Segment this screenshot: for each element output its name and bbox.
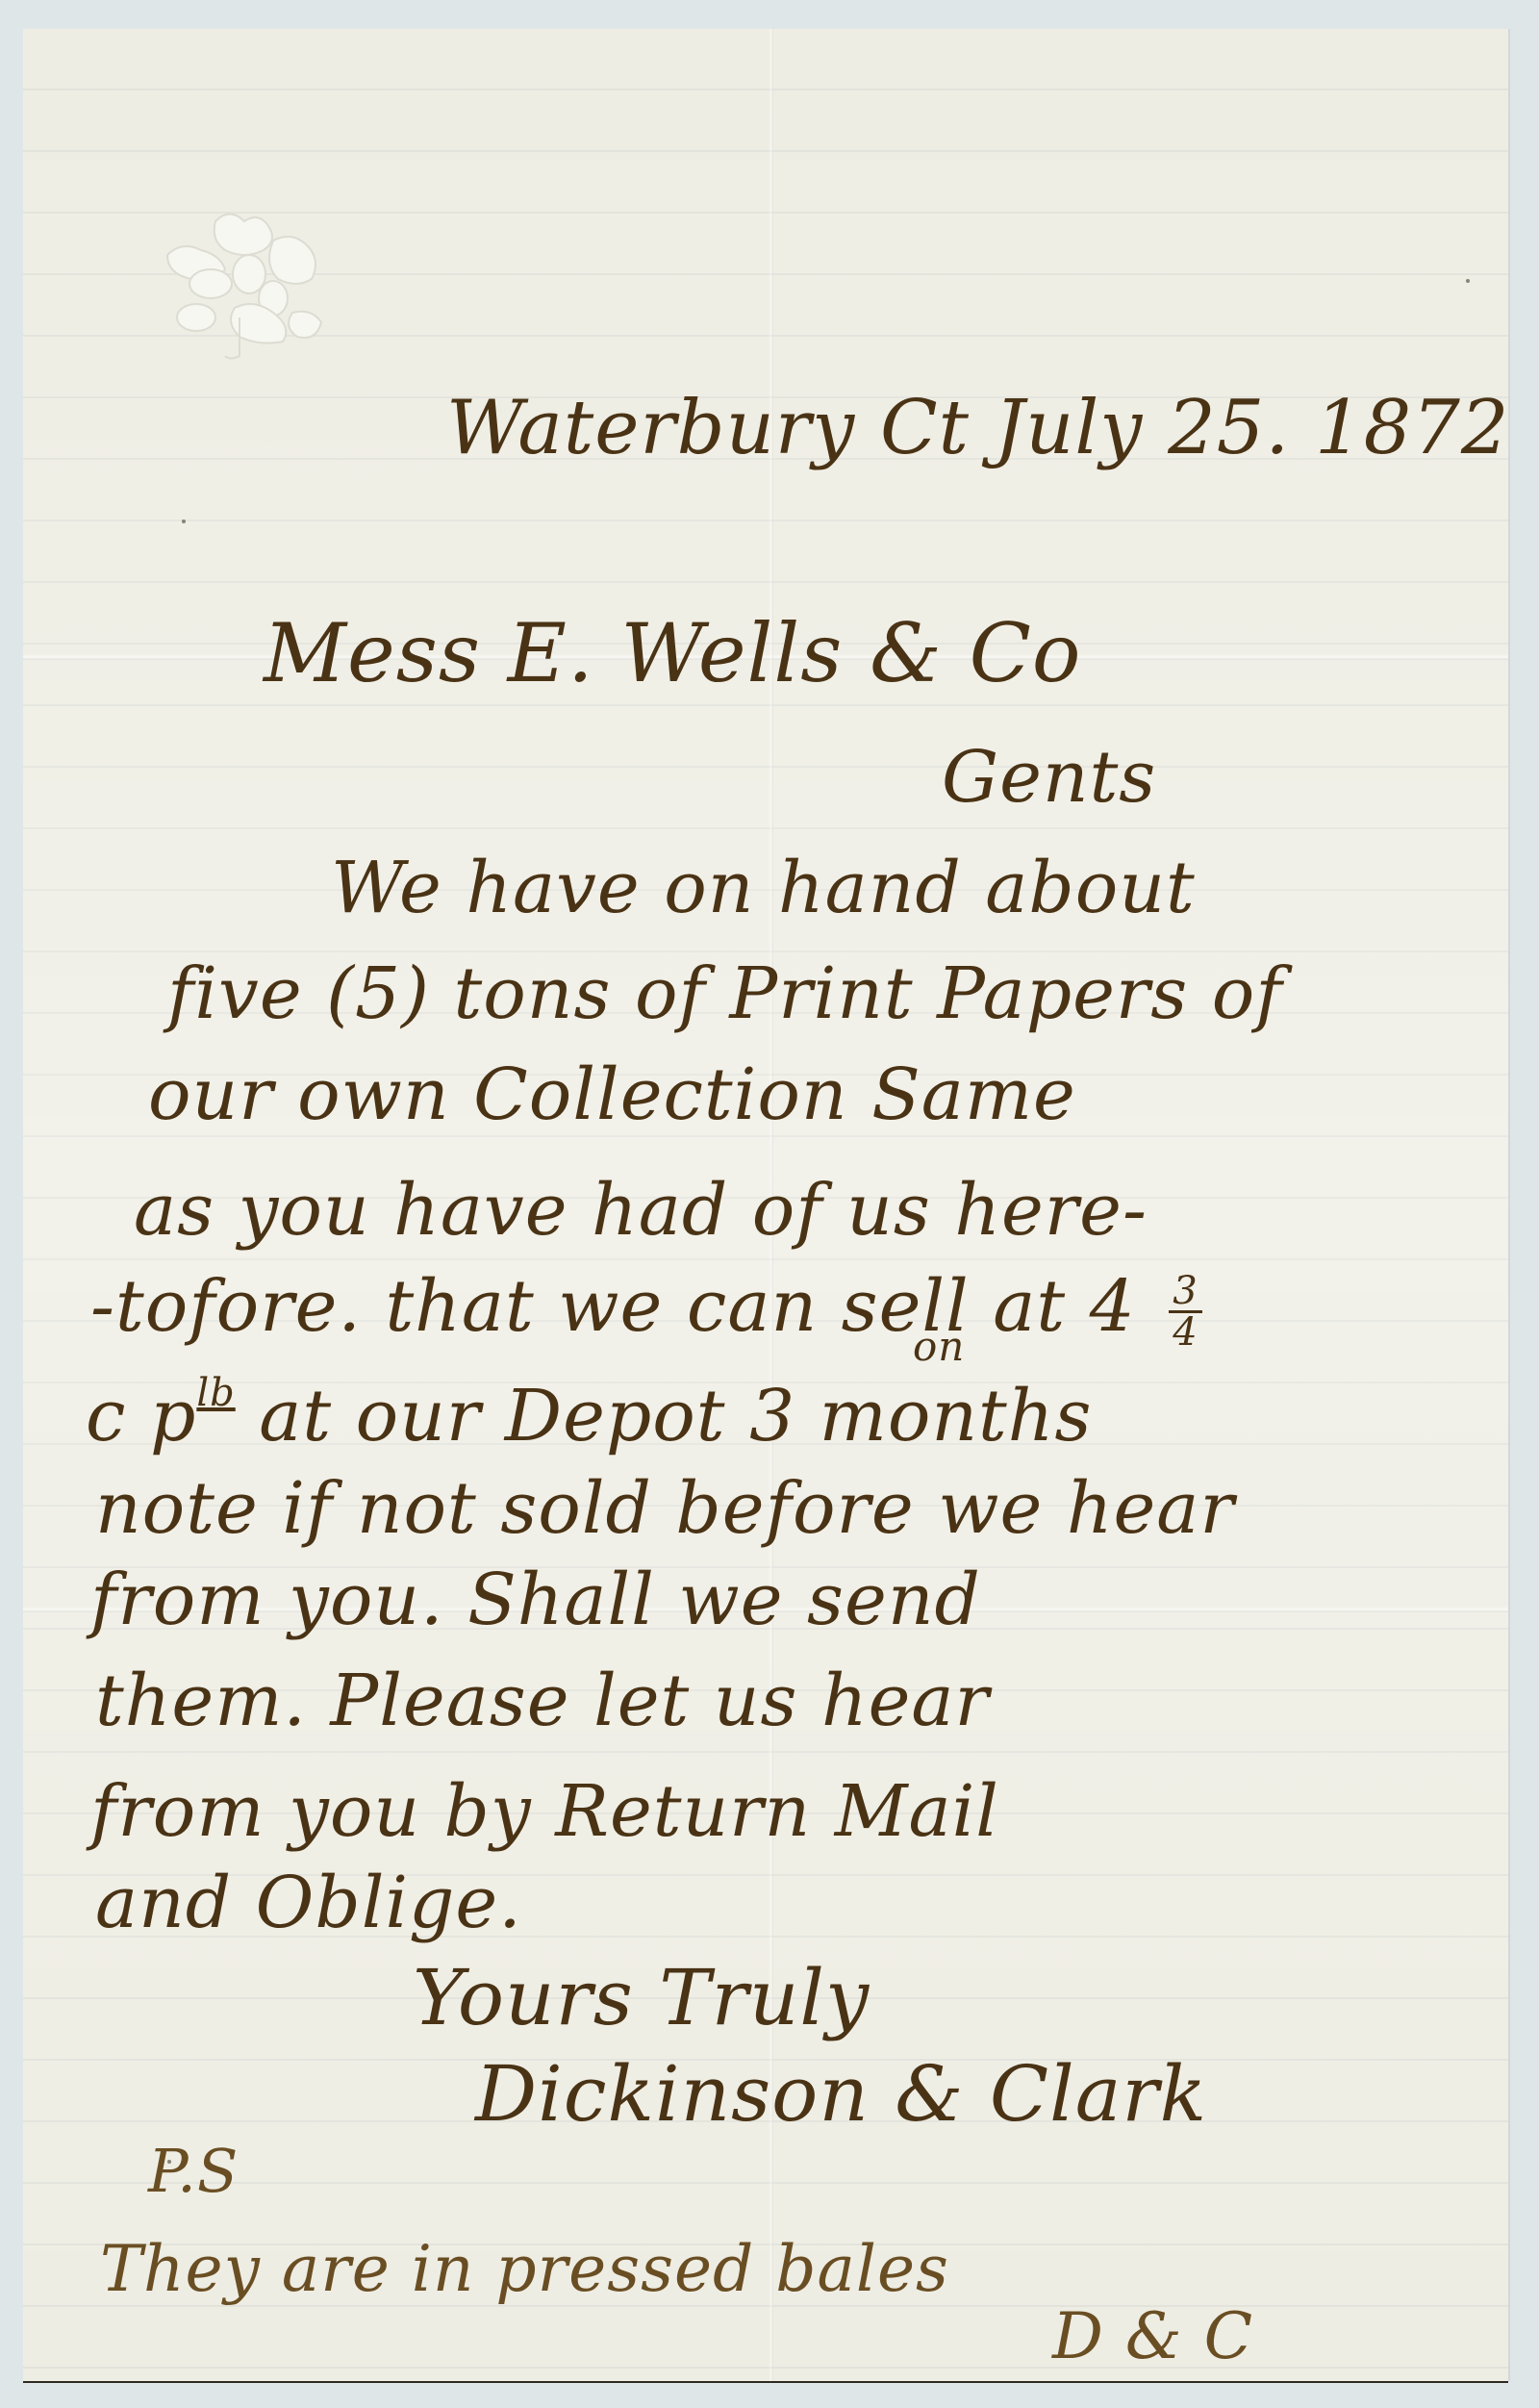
insertion-caret-text: on [913, 1323, 965, 1370]
letter-closing: Yours Truly [413, 1953, 870, 2042]
letter-signature: Dickinson & Clark [475, 2049, 1207, 2139]
body-line-suffix: 3 months [726, 1375, 1093, 1457]
fraction-denominator: 4 [1169, 1313, 1201, 1352]
letter-greeting: Gents [942, 736, 1156, 819]
body-line-text: -tofore. that we can sell at 4 [90, 1265, 1136, 1348]
per-pound-superscript: lb [196, 1371, 235, 1415]
letter-body-line: our own Collection Same [148, 1053, 1076, 1136]
letter-body-line: c plb at our Depot 3 months [86, 1371, 1092, 1457]
postscript-text: They are in pressed bales [100, 2232, 949, 2306]
letter-dateline: Waterbury Ct July 25. 1872 [446, 385, 1509, 471]
letter-body-line: from you. Shall we send [90, 1559, 981, 1641]
letter-body-line: and Oblige. [95, 1862, 522, 1944]
postscript-initials: D & C [1052, 2299, 1253, 2373]
oak-leaf-acorn-emboss-icon [158, 202, 341, 366]
letter-body-line: -tofore. that we can sell at 4 3 4 [90, 1265, 1202, 1352]
letter-body-line: note if not sold before we hear [95, 1467, 1235, 1550]
letter-body-line: from you by Return Mail [90, 1770, 999, 1853]
letter-body-line: them. Please let us hear [95, 1660, 990, 1742]
paper-speck [167, 2160, 171, 2164]
letter-sheet: Waterbury Ct July 25. 1872 Mess E. Wells… [23, 29, 1508, 2381]
postscript-label: P.S [148, 2136, 239, 2206]
paper-speck [182, 520, 186, 523]
body-line-middle: at our Depot [236, 1375, 726, 1457]
price-fraction: 3 4 [1169, 1272, 1201, 1352]
paper-speck [1466, 279, 1470, 283]
fraction-numerator: 3 [1169, 1272, 1201, 1313]
letter-body-line: as you have had of us here- [134, 1169, 1148, 1252]
letter-body-line: We have on hand about [331, 847, 1196, 929]
letter-body-line: five (5) tons of Print Papers of [167, 952, 1283, 1035]
letter-addressee: Mess E. Wells & Co [264, 606, 1081, 700]
body-line-prefix: c p [86, 1375, 196, 1457]
